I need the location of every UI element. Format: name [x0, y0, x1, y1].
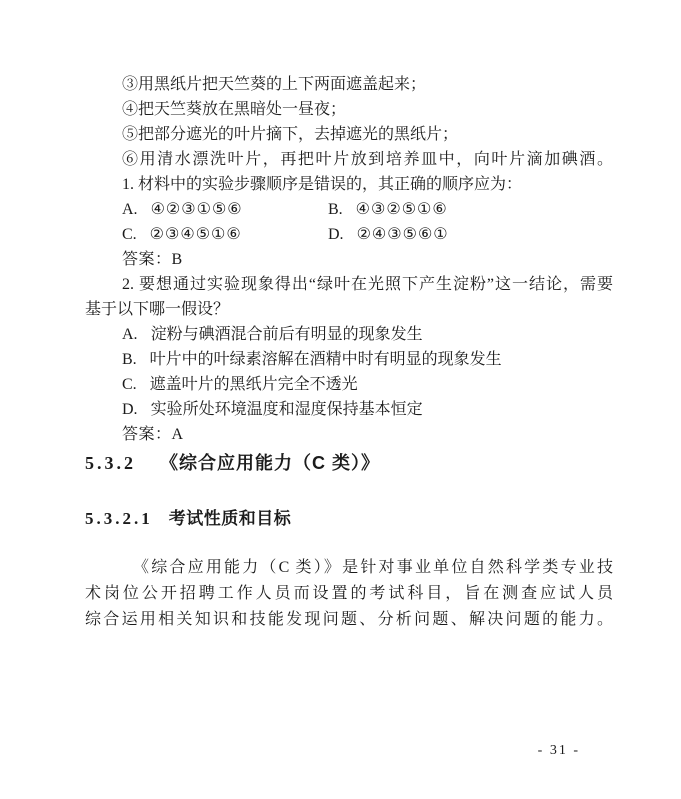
experiment-step-4: ④把天竺葵放在黑暗处一昼夜；: [85, 97, 613, 122]
option-label: D.: [328, 222, 344, 247]
option-value: 遮盖叶片的黑纸片完全不透光: [150, 376, 358, 393]
question1-option-b: B.④③②⑤①⑥: [328, 201, 448, 218]
question2-stem-line1: 2. 要想通过实验现象得出“绿叶在光照下产生淀粉”这一结论，需要: [85, 272, 613, 297]
question1-answer: 答案：B: [85, 247, 613, 272]
question2-option-c: C.遮盖叶片的黑纸片完全不透光: [85, 372, 613, 397]
section-title: 《综合应用能力（C 类）》: [160, 453, 380, 473]
question2-option-d: D.实验所处环境温度和湿度保持基本恒定: [85, 397, 613, 422]
question2-option-a: A.淀粉与碘酒混合前后有明显的现象发生: [85, 322, 613, 347]
question1-option-d: D.②④③⑤⑥①: [328, 226, 449, 243]
option-label: A.: [122, 322, 138, 347]
question2-answer: 答案：A: [85, 422, 613, 447]
section-number: 5.3.2: [85, 453, 136, 473]
option-label: B.: [122, 347, 137, 372]
option-value: 叶片中的叶绿素溶解在酒精中时有明显的现象发生: [150, 351, 502, 368]
section-heading: 5.3.2《综合应用能力（C 类）》: [85, 451, 613, 476]
option-value: ②③④⑤①⑥: [150, 226, 242, 243]
question1-options-row-cd: C.②③④⑤①⑥D.②④③⑤⑥①: [85, 222, 613, 247]
option-value: 实验所处环境温度和湿度保持基本恒定: [151, 401, 423, 418]
experiment-step-6: ⑥用清水漂洗叶片，再把叶片放到培养皿中，向叶片滴加碘酒。: [85, 147, 613, 172]
experiment-step-5: ⑤把部分遮光的叶片摘下，去掉遮光的黑纸片；: [85, 122, 613, 147]
option-label: B.: [328, 197, 343, 222]
paragraph-line: 术岗位公开招聘工作人员而设置的考试科目，旨在测查应试人员: [85, 581, 613, 607]
document-page: ③用黑纸片把天竺葵的上下两面遮盖起来； ④把天竺葵放在黑暗处一昼夜； ⑤把部分遮…: [0, 0, 681, 799]
option-label: C.: [122, 222, 137, 247]
question1-option-c: C.②③④⑤①⑥: [122, 222, 328, 247]
question1-stem: 1. 材料中的实验步骤顺序是错误的，其正确的顺序应为：: [85, 172, 613, 197]
subsection-number: 5.3.2.1: [85, 509, 153, 528]
question1-options-row-ab: A.④②③①⑤⑥B.④③②⑤①⑥: [85, 197, 613, 222]
question2-option-b: B.叶片中的叶绿素溶解在酒精中时有明显的现象发生: [85, 347, 613, 372]
option-value: ④③②⑤①⑥: [356, 201, 448, 218]
option-value: ②④③⑤⑥①: [357, 226, 449, 243]
paragraph-line: 《综合应用能力（C 类）》是针对事业单位自然科学类专业技: [85, 555, 613, 581]
question2-stem-line2: 基于以下哪一假设？: [85, 297, 613, 322]
page-number: - 31 -: [538, 743, 580, 759]
subsection-heading: 5.3.2.1考试性质和目标: [85, 508, 613, 530]
option-value: ④②③①⑤⑥: [151, 201, 243, 218]
option-value: 淀粉与碘酒混合前后有明显的现象发生: [151, 326, 423, 343]
option-label: A.: [122, 197, 138, 222]
page-content: ③用黑纸片把天竺葵的上下两面遮盖起来； ④把天竺葵放在黑暗处一昼夜； ⑤把部分遮…: [85, 72, 613, 633]
experiment-step-3: ③用黑纸片把天竺葵的上下两面遮盖起来；: [85, 72, 613, 97]
option-label: C.: [122, 372, 137, 397]
subsection-title: 考试性质和目标: [169, 509, 292, 528]
intro-paragraph: 《综合应用能力（C 类）》是针对事业单位自然科学类专业技 术岗位公开招聘工作人员…: [85, 555, 613, 633]
option-label: D.: [122, 397, 138, 422]
question1-option-a: A.④②③①⑤⑥: [122, 197, 328, 222]
paragraph-line: 综合运用相关知识和技能发现问题、分析问题、解决问题的能力。: [85, 607, 613, 633]
